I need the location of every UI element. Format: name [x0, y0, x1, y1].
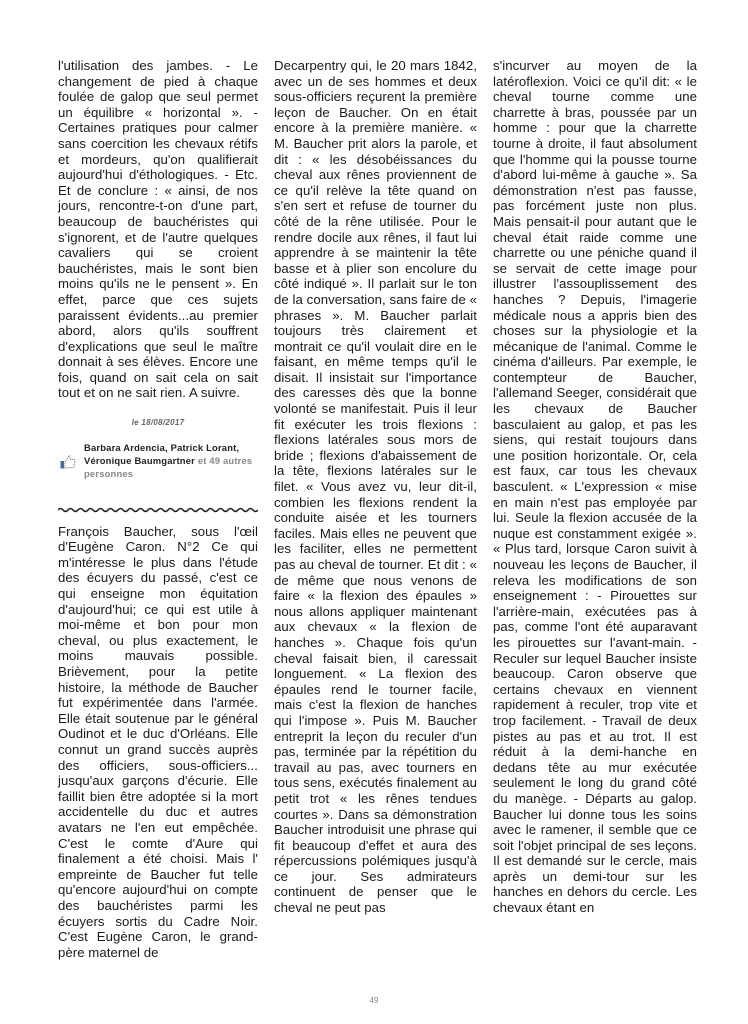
column-left: l'utilisation des jambes. - Le changemen… [58, 58, 258, 960]
article-paragraph-continued: Decarpentry qui, le 20 mars 1842, avec u… [274, 58, 477, 916]
column-middle: Decarpentry qui, le 20 mars 1842, avec u… [274, 58, 477, 916]
article-paragraph-continued: s'incurver au moyen de la latéroflexion.… [493, 58, 697, 916]
document-page: l'utilisation des jambes. - Le changemen… [0, 0, 748, 1024]
post-date: le 18/08/2017 [58, 415, 258, 431]
wavy-separator [58, 502, 258, 510]
likes-text: Barbara Ardencia, Patrick Lorant, Véroni… [84, 441, 258, 480]
column-right: s'incurver au moyen de la latéroflexion.… [493, 58, 697, 916]
article-paragraph: François Baucher, sous l'œil d'Eugène Ca… [58, 524, 258, 961]
intro-paragraph: l'utilisation des jambes. - Le changemen… [58, 58, 258, 401]
likes-block: Barbara Ardencia, Patrick Lorant, Véroni… [58, 441, 258, 480]
page-number: 49 [0, 996, 748, 1005]
thumbs-up-icon [60, 455, 78, 469]
